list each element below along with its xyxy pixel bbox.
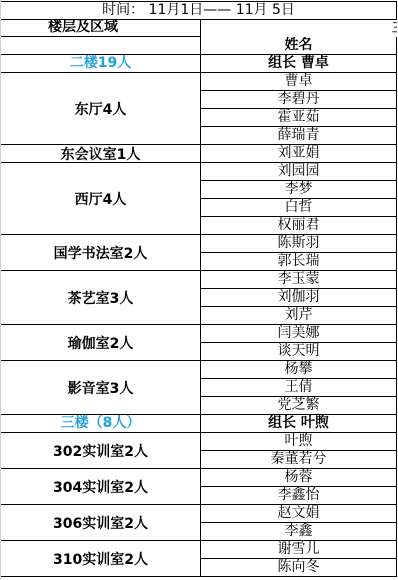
- staff-name-cell[interactable]: 李鑫: [200, 523, 397, 541]
- title-row[interactable]: 时间： 11月1日—— 11月 5日: [1, 1, 397, 20]
- staff-name-cell[interactable]: 党芝繁: [200, 397, 397, 415]
- staff-name-cell[interactable]: 刘园园: [200, 163, 397, 181]
- staff-name-cell[interactable]: 王倩: [200, 379, 397, 397]
- area-label: 306实训室2人: [53, 513, 148, 533]
- area-label: 茶艺室3人: [68, 288, 134, 308]
- area-label: 东会议室1人: [61, 144, 141, 164]
- area-label: 东厅4人: [75, 99, 127, 119]
- staff-name-cell[interactable]: 权丽君: [200, 217, 397, 235]
- area-cell[interactable]: 东厅4人: [1, 73, 200, 145]
- staff-name-cell[interactable]: 陈斯羽: [200, 235, 397, 253]
- area-cell[interactable]: 国学书法室2人: [1, 235, 200, 271]
- floor-label[interactable]: 二楼19人: [1, 55, 200, 73]
- area-label: 310实训室2人: [53, 549, 148, 569]
- staff-name-cell[interactable]: 闫美娜: [200, 325, 397, 343]
- area-column-header[interactable]: 楼层及区域: [1, 19, 200, 37]
- staff-name-cell[interactable]: 赵文娟: [200, 505, 397, 523]
- area-cell[interactable]: 306实训室2人: [1, 505, 200, 541]
- staff-name-cell[interactable]: 薛瑞青: [200, 127, 397, 145]
- group-leader[interactable]: 组长 曹卓: [200, 55, 397, 73]
- overflow-text-fragment: 三: [392, 20, 397, 37]
- area-label: 瑜伽室2人: [68, 333, 134, 353]
- staff-name-cell[interactable]: 郭长瑞: [200, 253, 397, 271]
- staff-name-cell[interactable]: 刘芹: [200, 307, 397, 325]
- area-label: 西厅4人: [75, 189, 127, 209]
- name-column-header[interactable]: 姓名: [200, 37, 397, 55]
- staff-name-cell[interactable]: 李碧丹: [200, 91, 397, 109]
- date-range-title: 时间： 11月1日—— 11月 5日: [1, 2, 396, 19]
- staff-name-cell[interactable]: 陈向冬: [200, 559, 397, 577]
- floor-label[interactable]: 三楼（8人）: [1, 415, 200, 433]
- area-cell[interactable]: 310实训室2人: [1, 541, 200, 577]
- area-cell[interactable]: 西厅4人: [1, 163, 200, 235]
- empty-header-cell[interactable]: [1, 37, 200, 55]
- area-cell[interactable]: 茶艺室3人: [1, 271, 200, 325]
- area-label: 国学书法室2人: [54, 243, 148, 263]
- staff-name-cell[interactable]: 李鑫怡: [200, 487, 397, 505]
- area-cell[interactable]: 302实训室2人: [1, 433, 200, 469]
- staff-name-cell[interactable]: 谢雪儿: [200, 541, 397, 559]
- group-leader[interactable]: 组长 叶煦: [200, 415, 397, 433]
- staff-name-cell[interactable]: 李玉蒙: [200, 271, 397, 289]
- staff-name-cell[interactable]: 刘伽羽: [200, 289, 397, 307]
- area-label: 影音室3人: [68, 378, 134, 398]
- staff-name-cell[interactable]: 霍亚茹: [200, 109, 397, 127]
- header-right-cell[interactable]: [200, 19, 397, 37]
- staff-name-cell[interactable]: 白哲: [200, 199, 397, 217]
- area-label: 304实训室2人: [53, 477, 148, 497]
- staff-name-cell[interactable]: 杨攀: [200, 361, 397, 379]
- staff-name-cell[interactable]: 秦董若兮: [200, 451, 397, 469]
- area-label: 302实训室2人: [53, 441, 148, 461]
- area-cell[interactable]: 影音室3人: [1, 361, 200, 415]
- area-cell[interactable]: 304实训室2人: [1, 469, 200, 505]
- staff-name-cell[interactable]: 杨蓉: [200, 469, 397, 487]
- staff-name-cell[interactable]: 叶煦: [200, 433, 397, 451]
- area-cell[interactable]: 东会议室1人: [1, 145, 200, 163]
- area-cell[interactable]: 瑜伽室2人: [1, 325, 200, 361]
- staff-name-cell[interactable]: 谈天明: [200, 343, 397, 361]
- staff-name-cell[interactable]: 刘亚娟: [200, 145, 397, 163]
- staff-name-cell[interactable]: 曹卓: [200, 73, 397, 91]
- staff-name-cell[interactable]: 李梦: [200, 181, 397, 199]
